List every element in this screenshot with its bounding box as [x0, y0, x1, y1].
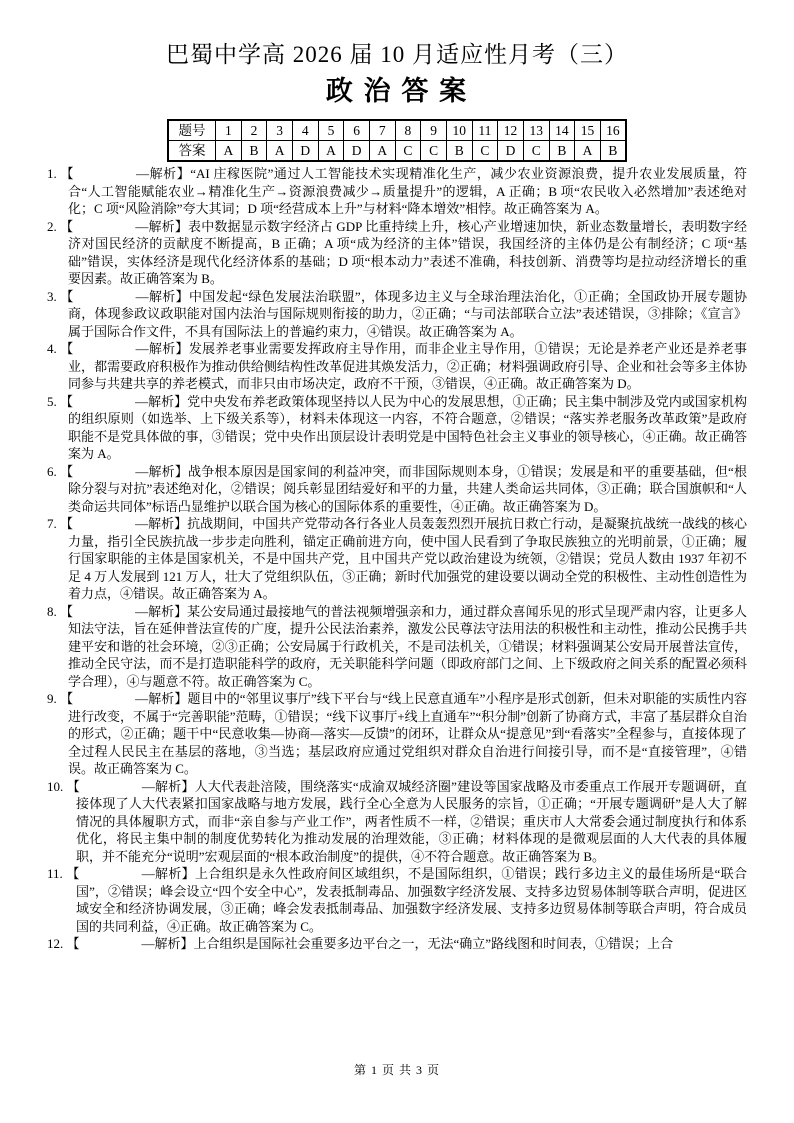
question-number-cell: 1	[216, 120, 242, 141]
bracket-open: 【	[61, 166, 75, 181]
answer-blank	[73, 527, 135, 528]
row-header-answer: 答案	[168, 141, 216, 162]
question-number-cell: 5	[318, 120, 344, 141]
analysis-label: —解析】	[135, 394, 187, 409]
item-number: 10.	[47, 779, 63, 794]
explanation-item-4: 4. 【—解析】发展养老事业需要发挥政府主导作用，而非企业主导作用，①错误；无论…	[47, 340, 747, 393]
answer-blank	[73, 230, 135, 231]
question-number-row: 题号 1 2 3 4 5 6 7 8 9 10 11 12 13 14 15 1…	[168, 120, 626, 141]
analysis-label: —解析】	[142, 936, 194, 951]
answer-cell: C	[472, 141, 498, 162]
answer-blank	[73, 475, 135, 476]
question-number-cell: 8	[395, 120, 421, 141]
item-number: 6.	[47, 464, 57, 479]
bracket-open: 【	[60, 691, 73, 706]
answer-blank	[80, 947, 142, 948]
bracket-open: 【	[60, 516, 73, 531]
bracket-open: 【	[60, 341, 73, 356]
explanation-item-10: 10. 【—解析】人大代表赴涪陵，围绕落实“成渝双城经济圈”建设等国家战略及市委…	[47, 778, 747, 866]
answer-cell: C	[523, 141, 549, 162]
analysis-label: —解析】	[135, 219, 188, 234]
answer-key-table: 题号 1 2 3 4 5 6 7 8 9 10 11 12 13 14 15 1…	[167, 119, 627, 162]
item-number: 2.	[47, 219, 57, 234]
subject-title: 政 治 答 案	[47, 74, 747, 108]
answer-cell: D	[344, 141, 370, 162]
item-number: 3.	[47, 289, 57, 304]
question-number-cell: 2	[241, 120, 267, 141]
explanation-item-1: 1. 【—解析】“AI 庄稼医院”通过人工智能技术实现精准化生产，减少农业资源浪…	[47, 165, 747, 218]
item-number: 8.	[47, 604, 57, 619]
analysis-label: —解析】	[142, 866, 195, 881]
answer-cell: B	[600, 141, 626, 162]
answer-blank	[73, 615, 135, 616]
answer-cell: B	[549, 141, 575, 162]
analysis-label: —解析】	[135, 691, 187, 706]
question-number-cell: 14	[549, 120, 575, 141]
bracket-open: 【	[67, 779, 80, 794]
item-number: 1.	[47, 166, 57, 181]
explanation-item-6: 6. 【—解析】战争根本原因是国家间的利益冲突，而非国际规则本身，①错误；发展是…	[47, 463, 747, 516]
question-number-cell: 10	[446, 120, 472, 141]
answer-row: 答案 A B A D A D A C C B C D C B A B	[168, 141, 626, 162]
analysis-label: —解析】	[135, 464, 188, 479]
exam-title: 巴蜀中学高 2026 届 10 月适应性月考（三）	[47, 40, 747, 70]
question-number-cell: 4	[292, 120, 318, 141]
question-number-cell: 13	[523, 120, 549, 141]
bracket-open: 【	[60, 464, 73, 479]
explanations-list: 1. 【—解析】“AI 庄稼医院”通过人工智能技术实现精准化生产，减少农业资源浪…	[47, 165, 747, 953]
question-number-cell: 9	[421, 120, 447, 141]
question-number-cell: 3	[267, 120, 293, 141]
answer-cell: A	[318, 141, 344, 162]
question-number-cell: 6	[344, 120, 370, 141]
bracket-open: 【	[60, 289, 73, 304]
explanation-item-8: 8. 【—解析】某公安局通过最接地气的普法视频增强亲和力，通过群众喜闻乐见的形式…	[47, 603, 747, 691]
question-number-cell: 12	[498, 120, 524, 141]
question-number-cell: 16	[600, 120, 626, 141]
bracket-open: 【	[66, 866, 79, 881]
analysis-label: —解析】	[136, 166, 190, 181]
answer-cell: B	[446, 141, 472, 162]
answer-blank	[74, 177, 136, 178]
explanation-item-11: 11. 【—解析】上合组织是永久性政府间区域组织，不是国际组织，①错误；践行多边…	[47, 865, 747, 935]
item-number: 7.	[47, 516, 57, 531]
analysis-text: 上合组织是国际社会重要多边平台之一，无法“确立”路线图和时间表，①错误；上合	[194, 936, 674, 951]
answer-cell: D	[498, 141, 524, 162]
item-number: 4.	[47, 341, 57, 356]
answer-cell: A	[216, 141, 242, 162]
answer-cell: C	[421, 141, 447, 162]
explanation-item-2: 2. 【—解析】表中数据显示数字经济占 GDP 比重持续上升，核心产业增速加快，…	[47, 218, 747, 288]
row-header-question: 题号	[168, 120, 216, 141]
item-number: 11.	[47, 866, 63, 881]
item-number: 12.	[47, 936, 63, 951]
answer-cell: A	[267, 141, 293, 162]
answer-cell: B	[241, 141, 267, 162]
explanation-item-5: 5. 【—解析】党中央发布养老政策体现坚持以人民为中心的发展思想，①正确；民主集…	[47, 393, 747, 463]
answer-blank	[74, 352, 136, 353]
bracket-open: 【	[67, 936, 80, 951]
answer-blank	[74, 300, 136, 301]
analysis-label: —解析】	[135, 604, 187, 619]
answer-blank	[73, 405, 135, 406]
answer-blank	[80, 877, 142, 878]
answer-cell: A	[369, 141, 395, 162]
item-number: 9.	[47, 691, 57, 706]
answer-cell: A	[575, 141, 601, 162]
explanation-item-9: 9. 【—解析】题目中的“邻里议事厅”线下平台与“线上民意直通车”小程序是形式创…	[47, 690, 747, 778]
explanation-item-12: 12. 【—解析】上合组织是国际社会重要多边平台之一，无法“确立”路线图和时间表…	[47, 935, 747, 953]
question-number-cell: 11	[472, 120, 498, 141]
question-number-cell: 15	[575, 120, 601, 141]
answer-blank	[80, 790, 142, 791]
analysis-label: —解析】	[136, 289, 189, 304]
bracket-open: 【	[60, 394, 73, 409]
analysis-label: —解析】	[136, 341, 189, 356]
analysis-label: —解析】	[135, 516, 187, 531]
explanation-item-7: 7. 【—解析】抗战期间，中国共产党带动各行各业人员轰轰烈烈开展抗日救亡行动，是…	[47, 515, 747, 603]
answer-blank	[73, 702, 135, 703]
answer-cell: C	[395, 141, 421, 162]
explanation-item-3: 3. 【—解析】中国发起“绿色发展法治联盟”，体现多边主义与全球治理法治化，①正…	[47, 288, 747, 341]
document-page: 巴蜀中学高 2026 届 10 月适应性月考（三） 政 治 答 案 题号 1 2…	[0, 0, 794, 1123]
page-footer: 第 1 页 共 3 页	[0, 1061, 794, 1078]
question-number-cell: 7	[369, 120, 395, 141]
analysis-label: —解析】	[142, 779, 195, 794]
answer-cell: D	[292, 141, 318, 162]
item-number: 5.	[47, 394, 57, 409]
bracket-open: 【	[60, 604, 73, 619]
bracket-open: 【	[60, 219, 73, 234]
